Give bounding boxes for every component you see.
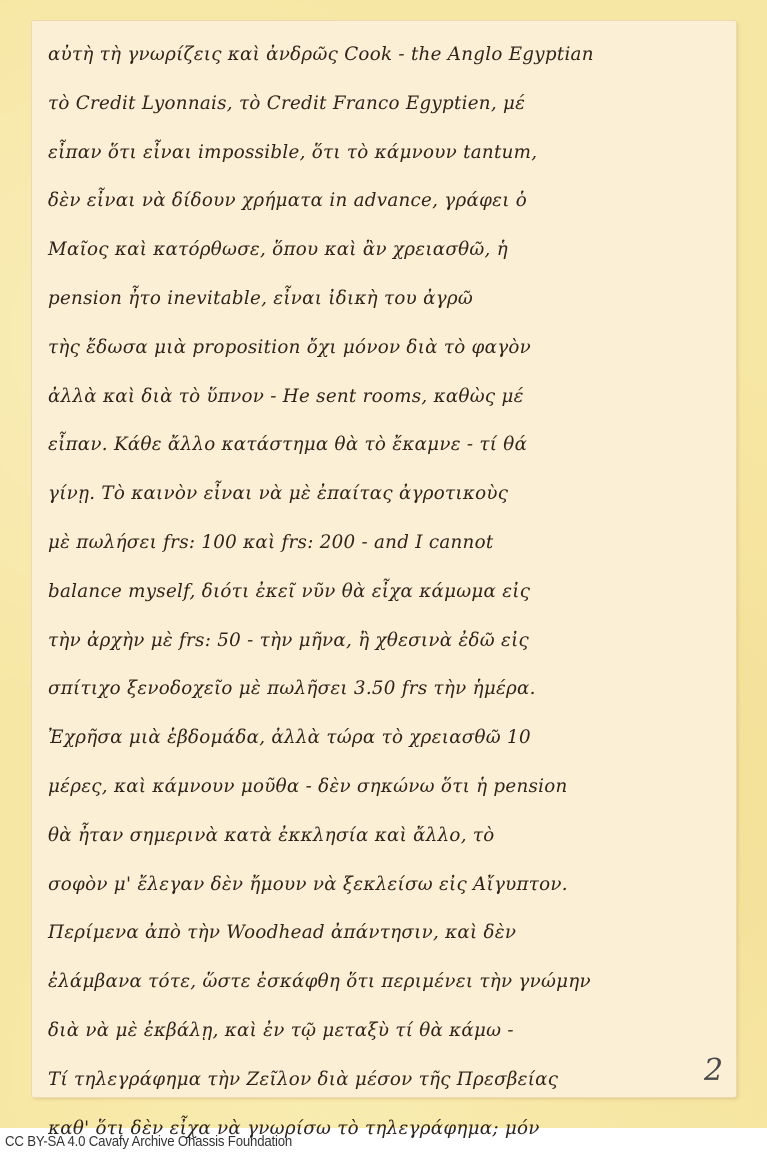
text-line: τὴς ἔδωσα μιὰ proposition ὄχι μόνον διὰ … <box>48 323 701 372</box>
text-line: δὲν εἶναι νὰ δίδουν χρήματα in advance, … <box>48 176 701 225</box>
text-line: τὴν ἀρχὴν μὲ frs: 50 - τὴν μῆνα, ἢ χθεσι… <box>48 616 701 665</box>
text-line: pension ἦτο inevitable, εἶναι ἰδικὴ του … <box>48 274 701 323</box>
text-line: Μαῖος καὶ κατόρθωσε, ὅπου καὶ ἂν χρειασθ… <box>48 225 701 274</box>
page-number: 2 <box>704 1053 723 1088</box>
handwritten-text: αὐτὴ τὴ γνωρίζεις καὶ ἀνδρῶς Cook - the … <box>48 30 728 1152</box>
text-line: ἀλλὰ καὶ διὰ τὸ ὕπνον - He sent rooms, κ… <box>48 372 701 421</box>
text-line: Ἐχρῆσα μιὰ ἑβδομάδα, ἀλλὰ τώρα τὸ χρειασ… <box>48 713 701 762</box>
text-line: αὐτὴ τὴ γνωρίζεις καὶ ἀνδρῶς Cook - the … <box>48 30 701 79</box>
text-line: θὰ ἦταν σημερινὰ κατὰ ἐκκλησία καὶ ἄλλο,… <box>48 811 701 860</box>
text-line: σπίτιχο ξενοδοχεῖο μὲ πωλῆσει 3.50 frs τ… <box>48 664 701 713</box>
text-line: μέρες, καὶ κάμνουν μοῦθα - δὲν σηκώνω ὅτ… <box>48 762 701 811</box>
text-line: ἐλάμβανα τότε, ὥστε ἐσκάφθη ὅτι περιμένε… <box>48 957 701 1006</box>
text-line: Τί τηλεγράφημα τὴν Ζεῖλον διὰ μέσον τῆς … <box>48 1055 701 1104</box>
text-line: Περίμενα ἀπὸ τὴν Woodhead ἀπάντησιν, καὶ… <box>48 908 701 957</box>
license-credit: CC BY-SA 4.0 Cavafy Archive Onassis Foun… <box>5 1133 292 1150</box>
text-line: μὲ πωλήσει frs: 100 καὶ frs: 200 - and I… <box>48 518 701 567</box>
text-line: σοφὸν μ' ἔλεγαν δὲν ἤμουν νὰ ξεκλείσω εἰ… <box>48 860 701 909</box>
text-line: εἶπαν. Κάθε ἄλλο κατάστημα θὰ τὸ ἔκαμνε … <box>48 420 701 469</box>
text-line: τὸ Credit Lyonnais, τὸ Credit Franco Egy… <box>48 79 701 128</box>
text-line: balance myself, διότι ἐκεῖ νῦν θὰ εἶχα κ… <box>48 567 701 616</box>
text-line: γίνῃ. Τὸ καινὸν εἶναι νὰ μὲ ἐπαίτας ἀγρο… <box>48 469 701 518</box>
text-line: διὰ νὰ μὲ ἐκβάλῃ, καὶ ἐν τῷ μεταξὺ τί θὰ… <box>48 1006 701 1055</box>
text-line: εἶπαν ὅτι εἶναι impossible, ὅτι τὸ κάμνο… <box>48 128 701 177</box>
